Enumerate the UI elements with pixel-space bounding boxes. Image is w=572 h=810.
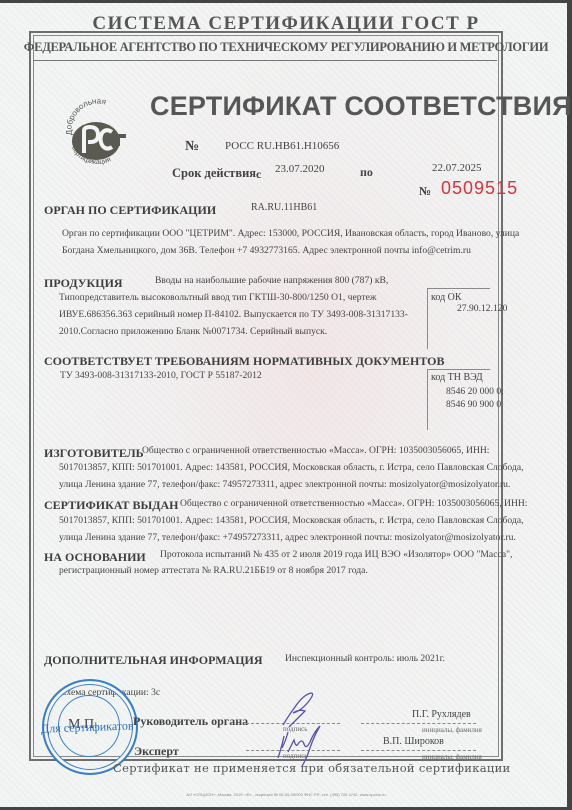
manufacturer-line2: 5017013857, КПП: 501701001. Адрес: 14358… [59,459,524,477]
tnved-code-value-1: 8546 20 000 0; [446,386,504,397]
product-line1: Вводы на наибольшие рабочие напряжения 8… [155,272,388,290]
product-line3: ИВУЕ.686356.363 серийный номер П-84102. … [59,306,408,324]
ok-code-value: 27.90.12.120 [457,303,507,314]
head-name-line [361,723,476,724]
certification-body-code: RA.RU.11НВ61 [251,202,317,213]
certification-body-line1: Орган по сертификации ООО "ЦЕТРИМ". Адре… [62,225,519,243]
expert-name-caption: инициалы, фамилия [422,753,482,761]
validity-to-date: 22.07.2025 [432,162,482,174]
basis-line1: Протокола испытаний № 435 от 2 июля 2019… [160,546,512,564]
issued-to-label: СЕРТИФИКАТ ВЫДАН [44,498,178,513]
blank-number: 0509515 [441,178,518,199]
certification-body-label: ОРГАН ПО СЕРТИФИКАЦИИ [44,203,216,218]
head-name: П.Г. Рухлядев [412,709,471,720]
expert-label: Эксперт [134,744,179,759]
manufacturer-line1: Общество с ограниченной ответственностью… [142,442,489,460]
compliance-documents: ТУ 3493-008-31317133-2010, ГОСТ Р 55187-… [60,367,262,385]
expert-name: В.П. Широков [383,736,444,747]
basis-line2: регистрационный номер аттестата № RA.RU.… [59,562,368,580]
additional-info-label: ДОПОЛНИТЕЛЬНАЯ ИНФОРМАЦИЯ [44,653,263,668]
printer-imprint: АО «ОПЦИОН», Москва, 2019, «Б» , лицензи… [0,792,572,797]
product-line2: Типопредставитель высоковольтный ввод ти… [59,289,377,307]
system-title: СИСТЕМА СЕРТИФИКАЦИИ ГОСТ Р [0,13,572,35]
certificate-title: СЕРТИФИКАТ СООТВЕТСТВИЯ [150,91,572,122]
validity-label: Срок действия [172,166,256,181]
product-line4: 2010.Согласно приложению Бланк №0071734.… [59,323,327,341]
issued-to-line2: 5017013857, КПП: 501701001. Адрес: 14358… [59,512,524,530]
validity-from-label: с [256,167,261,182]
agency-title: ФЕДЕРАЛЬНОЕ АГЕНТСТВО ПО ТЕХНИЧЕСКОМУ РЕ… [0,40,572,55]
tnved-code-value-2: 8546 90 900 0 [446,399,501,410]
voluntary-certification-notice: Сертификат не применяется при обязательн… [113,761,511,775]
certification-body-line2: Богдана Хмельницкого, дом 36В. Телефон +… [62,242,471,260]
certificate-sheet: СИСТЕМА СЕРТИФИКАЦИИ ГОСТ Р ФЕДЕРАЛЬНОЕ … [0,3,567,807]
rst-logo-icon: Добровольная сертификация [62,95,130,175]
head-name-caption: инициалы, фамилия [422,726,482,734]
validity-from-date: 23.07.2020 [275,163,325,175]
number-label: № [185,139,199,155]
head-of-body-label: Руководитель органа [133,714,248,729]
ok-code-label: код ОК [431,292,462,303]
inspection-control: Инспекционный контроль: июль 2021г. [285,650,445,668]
tnved-code-label: код ТН ВЭД [431,372,483,383]
issued-to-line1: Общество с ограниченной ответственностью… [180,495,527,513]
header-divider [33,60,497,61]
gost-r-logo: Добровольная сертификация [62,95,130,175]
manufacturer-line3: улица Ленина здание 77, телефон/факс: 74… [59,476,510,494]
certificate-number: РОСС RU.НВ61.Н10656 [225,140,339,152]
expert-name-line [361,750,476,751]
validity-to-label: по [360,165,373,180]
blank-number-label: № [419,184,431,199]
issued-to-line3: улица Ленина здание 77, телефон/факс: +7… [59,529,516,547]
